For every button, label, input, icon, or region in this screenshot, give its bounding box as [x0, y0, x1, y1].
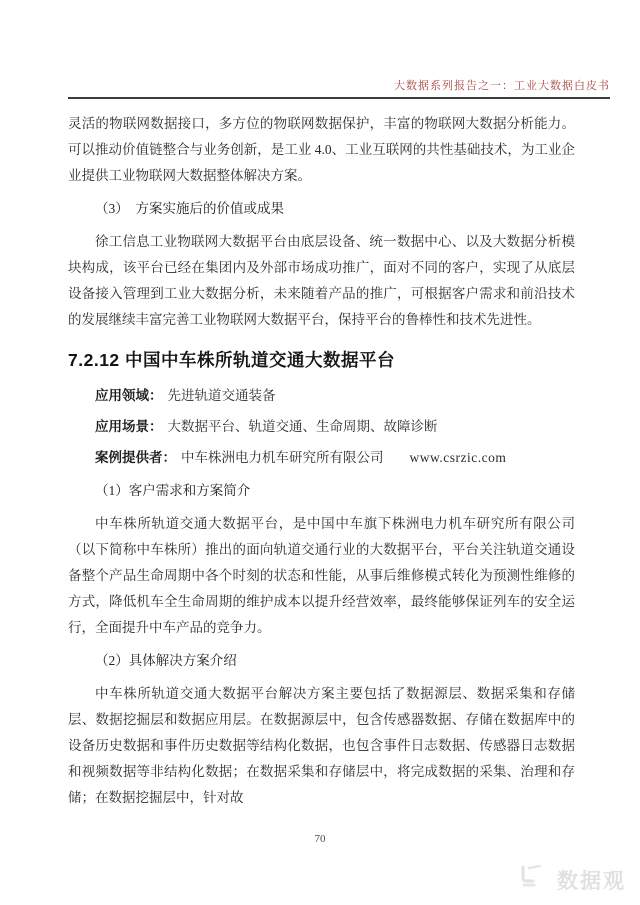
- field-application-scenario-label: 应用场景：: [95, 419, 163, 434]
- paragraph-iot-conclusion: 灵活的物联网数据接口，多方位的物联网数据保护，丰富的物联网大数据分析能力。可以推…: [68, 111, 575, 189]
- subheading-item-1: （1）客户需求和方案简介: [68, 478, 575, 504]
- section-heading-7-2-12: 7.2.12 中国中车株所轨道交通大数据平台: [68, 346, 575, 374]
- document-body: 灵活的物联网数据接口，多方位的物联网数据保护，丰富的物联网大数据分析能力。可以推…: [68, 111, 575, 811]
- paragraph-csr-intro: 中车株所轨道交通大数据平台，是中国中车旗下株洲电力机车研究所有限公司（以下简称中…: [68, 511, 575, 641]
- field-application-scenario-value: 大数据平台、轨道交通、生命周期、故障诊断: [168, 419, 438, 434]
- field-case-provider-label: 案例提供者：: [95, 450, 176, 465]
- page-number: 70: [0, 833, 640, 845]
- watermark: 数据观: [520, 864, 626, 895]
- field-application-scenario: 应用场景：大数据平台、轨道交通、生命周期、故障诊断: [68, 414, 575, 440]
- field-case-provider-url: www.csrzic.com: [410, 450, 507, 465]
- field-application-domain-value: 先进轨道交通装备: [168, 388, 276, 403]
- paragraph-xugong-platform: 徐工信息工业物联网大数据平台由底层设备、统一数据中心、以及大数据分析模块构成，该…: [68, 229, 575, 333]
- subheading-item-2: （2）具体解决方案介绍: [68, 648, 575, 674]
- watermark-text: 数据观: [557, 865, 626, 895]
- field-application-domain-label: 应用领域：: [95, 388, 163, 403]
- field-case-provider: 案例提供者：中车株洲电力机车研究所有限公司www.csrzic.com: [68, 445, 575, 471]
- subheading-item-3: （3） 方案实施后的价值或成果: [68, 196, 575, 222]
- running-header: 大数据系列报告之一：工业大数据白皮书: [68, 76, 610, 99]
- field-case-provider-value: 中车株洲电力机车研究所有限公司: [181, 450, 384, 465]
- field-application-domain: 应用领域：先进轨道交通装备: [68, 383, 575, 409]
- paragraph-csr-solution: 中车株所轨道交通大数据平台解决方案主要包括了数据源层、数据采集和存储层、数据挖掘…: [68, 681, 575, 811]
- document-page: 大数据系列报告之一：工业大数据白皮书 灵活的物联网数据接口，多方位的物联网数据保…: [0, 0, 640, 905]
- running-header-title: 大数据系列报告之一：工业大数据白皮书: [394, 80, 610, 92]
- shujuguan-logo-icon: [520, 864, 550, 895]
